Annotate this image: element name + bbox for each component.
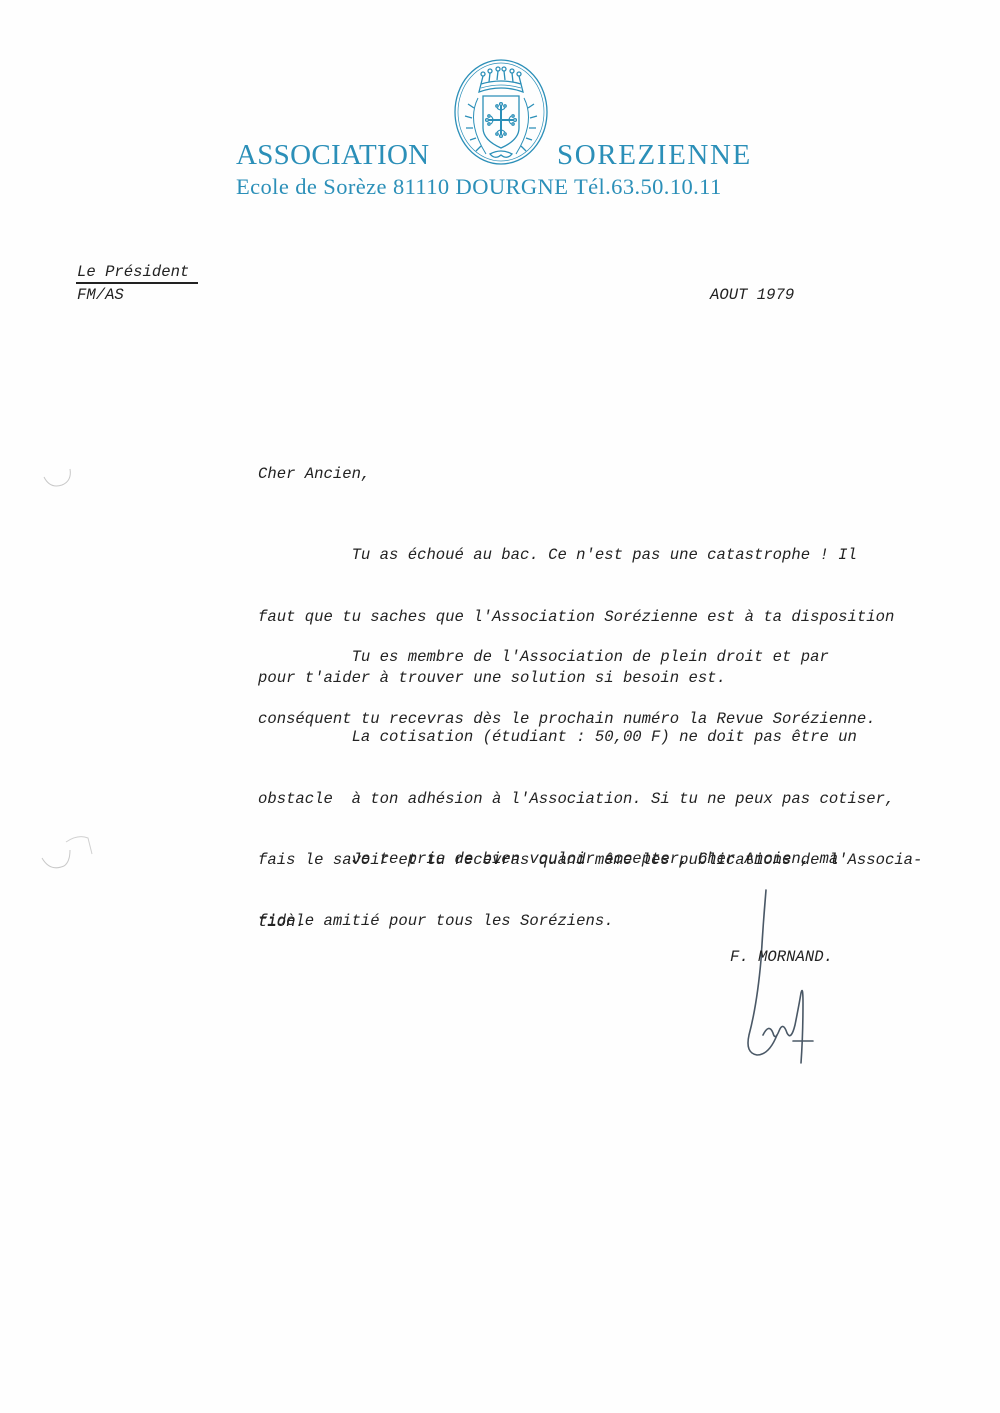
hole-punch-mark-icon [38, 455, 78, 495]
coat-of-arms-icon [452, 58, 550, 170]
sender-reference: FM/AS [77, 285, 124, 306]
organization-name-right: SOREZIENNE [557, 139, 752, 172]
salutation: Cher Ancien, [258, 464, 370, 485]
hole-punch-mark-icon [38, 820, 98, 880]
sender-role: Le Président [77, 262, 189, 283]
paragraph-line: Tu es membre de l'Association de plein d… [258, 647, 876, 668]
signatory-name: F. MORNAND. [730, 947, 833, 968]
letter-date: AOUT 1979 [710, 285, 794, 306]
paragraph-line: obstacle à ton adhésion à l'Association.… [258, 789, 922, 810]
organization-name-left: ASSOCIATION [236, 139, 429, 172]
sender-underline [76, 282, 198, 284]
paragraph-line: La cotisation (étudiant : 50,00 F) ne do… [258, 727, 922, 748]
letter-page: ASSOCIATION SOREZIENNE Ecole de Sorèze 8… [0, 0, 1000, 1413]
paragraph-line: Tu as échoué au bac. Ce n'est pas une ca… [258, 545, 894, 566]
organization-address: Ecole de Sorèze 81110 DOURGNE Tél.63.50.… [236, 174, 722, 200]
paragraph-line: Je te prie de bien vouloir accepter, Che… [258, 849, 838, 870]
handwritten-signature-icon [735, 885, 830, 1070]
